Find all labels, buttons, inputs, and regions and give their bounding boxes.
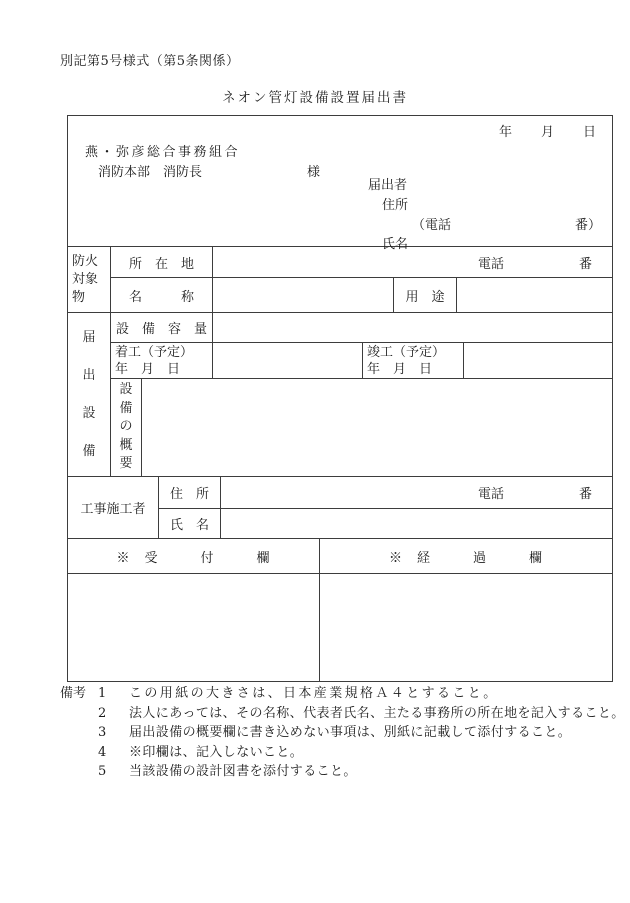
location-label-cell: 所 在 地 <box>111 247 213 278</box>
notifier-address-label: 住所 <box>382 194 408 213</box>
location-phone-label: 電話 <box>478 253 504 272</box>
contractor-section-label-cell: 工事施工者 <box>68 477 159 539</box>
use-label-cell: 用 途 <box>394 278 457 313</box>
contractor-address-field: 電話 番 <box>221 477 612 509</box>
building-name-label-cell: 名 称 <box>111 278 213 313</box>
completion-date-field <box>464 343 612 379</box>
form-page: 別記第5号様式（第5条関係） ネオン管灯設備設置届出書 年 月 日 燕・弥彦総合… <box>0 0 630 903</box>
completion-date-label: 竣工（予定） 年 月 日 <box>367 345 445 378</box>
fire-object-section-label-cell: 防火 対象 物 <box>68 247 111 313</box>
form-reference: 別記第5号様式（第5条関係） <box>60 50 240 69</box>
equipment-summary-field <box>142 379 612 477</box>
building-name-label: 名 称 <box>129 286 194 305</box>
completion-date-label-cell: 竣工（予定） 年 月 日 <box>363 343 464 379</box>
equipment-summary-label-cell: 設 備 の 概 要 <box>111 379 142 477</box>
note-row: 2 法人にあっては、その名称、代表者氏名、主たる事務所の所在地を記入すること。 <box>93 704 626 724</box>
location-phone-suffix: 番 <box>579 253 592 272</box>
note-row: 3 届出設備の概要欄に書き込めない事項は、別紙に記載して添付すること。 <box>93 723 626 743</box>
honorific: 様 <box>307 161 320 180</box>
note-text: 法人にあっては、その名称、代表者氏名、主たる事務所の所在地を記入すること。 <box>129 704 626 724</box>
note-row: 4 ※印欄は、記入しないこと。 <box>93 743 626 763</box>
note-number: 5 <box>93 762 129 782</box>
progress-column-header: ※ 経 過 欄 <box>320 539 612 574</box>
contractor-address-label-cell: 住 所 <box>159 477 221 509</box>
notes-list: 1 この用紙の大きさは、日本産業規格Ａ４とすること。 2 法人にあっては、その名… <box>93 684 626 782</box>
notes-section: 備考 1 この用紙の大きさは、日本産業規格Ａ４とすること。 2 法人にあっては、… <box>60 684 626 782</box>
note-text: ※印欄は、記入しないこと。 <box>129 743 626 763</box>
header-cell: 年 月 日 燕・弥彦総合事務組合 消防本部 消防長 様 届出者 住所 （電話 番… <box>68 116 612 247</box>
equipment-section-label: 届 出 設 備 <box>82 319 95 471</box>
progress-column-area <box>320 574 612 681</box>
use-label: 用 途 <box>405 286 444 305</box>
note-row: 5 当該設備の設計図書を添付すること。 <box>93 762 626 782</box>
contractor-address-label: 住 所 <box>170 483 209 502</box>
contractor-name-label: 氏 名 <box>170 514 209 533</box>
progress-column-label: ※ 経 過 欄 <box>389 547 543 566</box>
note-number: 3 <box>93 723 129 743</box>
form-title: ネオン管灯設備設置届出書 <box>0 86 630 106</box>
notifier-name-label: 氏名 <box>382 233 408 252</box>
note-text: 当該設備の設計図書を添付すること。 <box>129 762 626 782</box>
equipment-summary-label: 設 備 の 概 要 <box>119 381 132 474</box>
capacity-field <box>213 313 612 343</box>
reception-column-label: ※ 受 付 欄 <box>116 547 270 566</box>
contractor-phone-suffix: 番 <box>579 483 592 502</box>
note-text: この用紙の大きさは、日本産業規格Ａ４とすること。 <box>129 684 626 704</box>
notifier-phone-close: 番） <box>575 214 601 233</box>
form-table: 年 月 日 燕・弥彦総合事務組合 消防本部 消防長 様 届出者 住所 （電話 番… <box>67 115 613 682</box>
addressee-title: 消防本部 消防長 <box>98 161 202 180</box>
contractor-name-label-cell: 氏 名 <box>159 509 221 539</box>
date-line: 年 月 日 <box>499 121 597 140</box>
capacity-label-cell: 設 備 容 量 <box>111 313 213 343</box>
contractor-section-label: 工事施工者 <box>80 498 145 517</box>
notes-label: 備考 <box>60 684 93 782</box>
location-label: 所 在 地 <box>129 253 194 272</box>
location-field: 電話 番 <box>213 247 612 278</box>
start-date-label: 着工（予定） 年 月 日 <box>115 345 193 378</box>
start-date-field <box>213 343 363 379</box>
contractor-name-field <box>221 509 612 539</box>
note-number: 4 <box>93 743 129 763</box>
note-number: 2 <box>93 704 129 724</box>
use-field <box>457 278 612 313</box>
notifier-phone-open: （電話 <box>412 214 451 233</box>
notifier-phone-line: （電話 番） <box>412 214 601 233</box>
addressee-org: 燕・弥彦総合事務組合 <box>85 141 240 160</box>
reception-column-area <box>68 574 320 681</box>
fire-object-section-label: 防火 対象 物 <box>72 253 98 307</box>
note-text: 届出設備の概要欄に書き込めない事項は、別紙に記載して添付すること。 <box>129 723 626 743</box>
capacity-label: 設 備 容 量 <box>116 318 207 337</box>
building-name-field <box>213 278 394 313</box>
note-number: 1 <box>93 684 129 704</box>
reception-column-header: ※ 受 付 欄 <box>68 539 320 574</box>
note-row: 1 この用紙の大きさは、日本産業規格Ａ４とすること。 <box>93 684 626 704</box>
notifier-label: 届出者 <box>368 174 407 193</box>
start-date-label-cell: 着工（予定） 年 月 日 <box>111 343 213 379</box>
contractor-phone-label: 電話 <box>478 483 504 502</box>
equipment-section-label-cell: 届 出 設 備 <box>68 313 111 477</box>
